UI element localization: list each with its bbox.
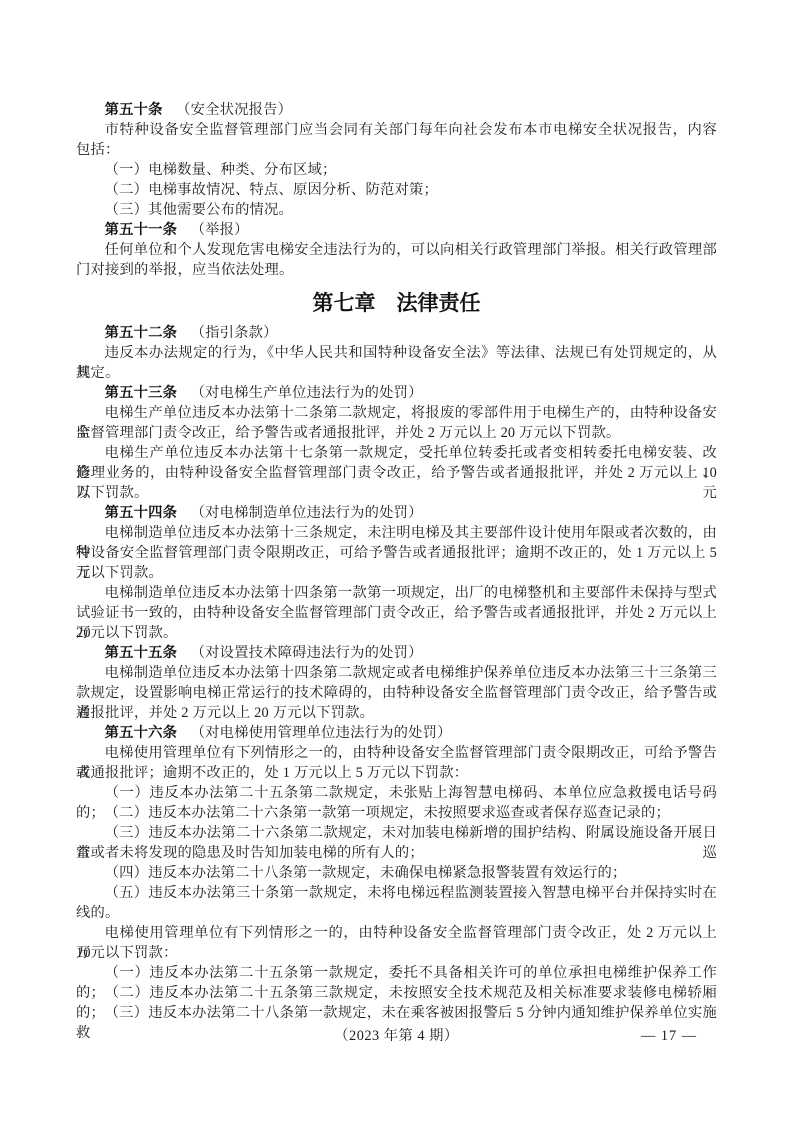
article-title: （安全状况报告） — [176, 102, 292, 118]
body-text-line: 监督管理部门责令改正，给予警告或者通报批评，并处 2 万元以上 20 万元以下罚… — [76, 423, 717, 443]
article-number: 第五十四条 — [105, 505, 177, 521]
body-text-line: 规定。 — [76, 363, 717, 383]
article-title: （对电梯使用管理单位违法行为的处罚） — [191, 725, 452, 741]
page-body: 第五十条（安全状况报告）市特种设备安全监督管理部门应当会同有关部门每年向社会发布… — [76, 100, 717, 1023]
body-text-line: 电梯制造单位违反本办法第十三条规定，未注明电梯及其主要部件设计使用年限或者次数的… — [76, 523, 717, 543]
body-text-line: 修理业务的，由特种设备安全监督管理部门责令改正，给予警告或者通报批评，并处 2 … — [76, 463, 717, 483]
article-number: 第五十六条 — [105, 725, 177, 741]
article-heading-line: 第五十一条（举报） — [76, 220, 717, 240]
page-content: 第五十条（安全状况报告）市特种设备安全监督管理部门应当会同有关部门每年向社会发布… — [76, 100, 717, 1045]
body-text-line: 线的。 — [76, 903, 717, 923]
body-text-line: 万元以下罚款。 — [76, 623, 717, 643]
article-title: （对电梯制造单位违法行为的处罚） — [191, 505, 423, 521]
article-title: （举报） — [191, 222, 249, 238]
body-text-line: 市特种设备安全监督管理部门应当会同有关部门每年向社会发布本市电梯安全状况报告，内… — [76, 120, 717, 140]
body-text-line: 试验证书一致的，由特种设备安全监督管理部门责令改正，给予警告或者通报批评，并处 … — [76, 603, 717, 623]
article-heading-line: 第五十三条（对电梯生产单位违法行为的处罚） — [76, 383, 717, 403]
body-text-line: （三）违反本办法第二十八条第一款规定，未在乘客被困报警后 5 分钟内通知维护保养… — [76, 1003, 717, 1023]
article-heading-line: 第五十四条（对电梯制造单位违法行为的处罚） — [76, 503, 717, 523]
footer-issue-label: （2023 年第 4 期） — [334, 1028, 458, 1044]
article-title: （指引条款） — [191, 325, 278, 341]
body-text-line: （二）违反本办法第二十五条第三款规定，未按照安全技术规范及相关标准要求装修电梯轿… — [76, 983, 717, 1003]
body-text-line: 门对接到的举报，应当依法处理。 — [76, 260, 717, 280]
article-heading-line: 第五十六条（对电梯使用管理单位违法行为的处罚） — [76, 723, 717, 743]
article-title: （对设置技术障碍违法行为的处罚） — [191, 645, 423, 661]
body-text-line: 电梯制造单位违反本办法第十四条第一款第一项规定，出厂的电梯整机和主要部件未保持与… — [76, 583, 717, 603]
article-number: 第五十五条 — [105, 645, 177, 661]
body-text-line: （二）电梯事故情况、特点、原因分析、防范对策； — [76, 180, 717, 200]
article-heading-line: 第五十条（安全状况报告） — [76, 100, 717, 120]
chapter-heading: 第七章 法律责任 — [76, 293, 717, 315]
body-text-line: 者通报批评；逾期不改正的，处 1 万元以上 5 万元以下罚款： — [76, 763, 717, 783]
body-text-line: （二）违反本办法第二十六条第一款第一项规定，未按照要求巡查或者保存巡查记录的； — [76, 803, 717, 823]
body-text-line: 电梯制造单位违反本办法第十四条第二款规定或者电梯维护保养单位违反本办法第三十三条… — [76, 663, 717, 683]
body-text-line: 万元以下罚款： — [76, 943, 717, 963]
body-text-line: 种设备安全监督管理部门责令限期改正，可给予警告或者通报批评；逾期不改正的，处 1… — [76, 543, 717, 563]
article-number: 第五十条 — [105, 102, 163, 118]
body-text-line: 款规定，设置影响电梯正常运行的技术障碍的，由特种设备安全监督管理部门责令改正，给… — [76, 683, 717, 703]
article-title: （对电梯生产单位违法行为的处罚） — [191, 385, 423, 401]
document-page: 第五十条（安全状况报告）市特种设备安全监督管理部门应当会同有关部门每年向社会发布… — [0, 0, 793, 1122]
article-heading-line: 第五十二条（指引条款） — [76, 323, 717, 343]
article-number: 第五十二条 — [105, 325, 177, 341]
article-number: 第五十三条 — [105, 385, 177, 401]
body-text-line: （四）违反本办法第二十八条第一款规定，未确保电梯紧急报警装置有效运行的； — [76, 863, 717, 883]
body-text-line: 电梯生产单位违反本办法第十七条第一款规定，受托单位转委托或者变相转委托电梯安装、… — [76, 443, 717, 463]
body-text-line: 电梯使用管理单位有下列情形之一的，由特种设备安全监督管理部门责令限期改正，可给予… — [76, 743, 717, 763]
body-text-line: （五）违反本办法第三十条第一款规定，未将电梯远程监测装置接入智慧电梯平台并保持实… — [76, 883, 717, 903]
body-text-line: （一）违反本办法第二十五条第一款规定，委托不具备相关许可的单位承担电梯维护保养工… — [76, 963, 717, 983]
body-text-line: 元以下罚款。 — [76, 563, 717, 583]
body-text-line: 电梯生产单位违反本办法第十二条第二款规定，将报废的零部件用于电梯生产的，由特种设… — [76, 403, 717, 423]
body-text-line: （三）其他需要公布的情况。 — [76, 200, 717, 220]
body-text-line: （一）电梯数量、种类、分布区域； — [76, 160, 717, 180]
body-text-line: （三）违反本办法第二十六条第二款规定，未对加装电梯新增的围护结构、附属设施设备开… — [76, 823, 717, 843]
body-text-line: （一）违反本办法第二十五条第二款规定，未张贴上海智慧电梯码、本单位应急救援电话号… — [76, 783, 717, 803]
body-text-line: 任何单位和个人发现危害电梯安全违法行为的，可以向相关行政管理部门举报。相关行政管… — [76, 240, 717, 260]
article-heading-line: 第五十五条（对设置技术障碍违法行为的处罚） — [76, 643, 717, 663]
footer-page-number: — 17 — — [641, 1027, 697, 1045]
body-text-line: 违反本办法规定的行为，《中华人民共和国特种设备安全法》等法律、法规已有处罚规定的… — [76, 343, 717, 363]
body-text-line: 通报批评，并处 2 万元以上 20 万元以下罚款。 — [76, 703, 717, 723]
page-footer: （2023 年第 4 期） — 17 — — [76, 1027, 717, 1045]
article-number: 第五十一条 — [105, 222, 177, 238]
body-text-line: 电梯使用管理单位有下列情形之一的，由特种设备安全监督管理部门责令改正，处 2 万… — [76, 923, 717, 943]
body-text-line: 包括： — [76, 140, 717, 160]
